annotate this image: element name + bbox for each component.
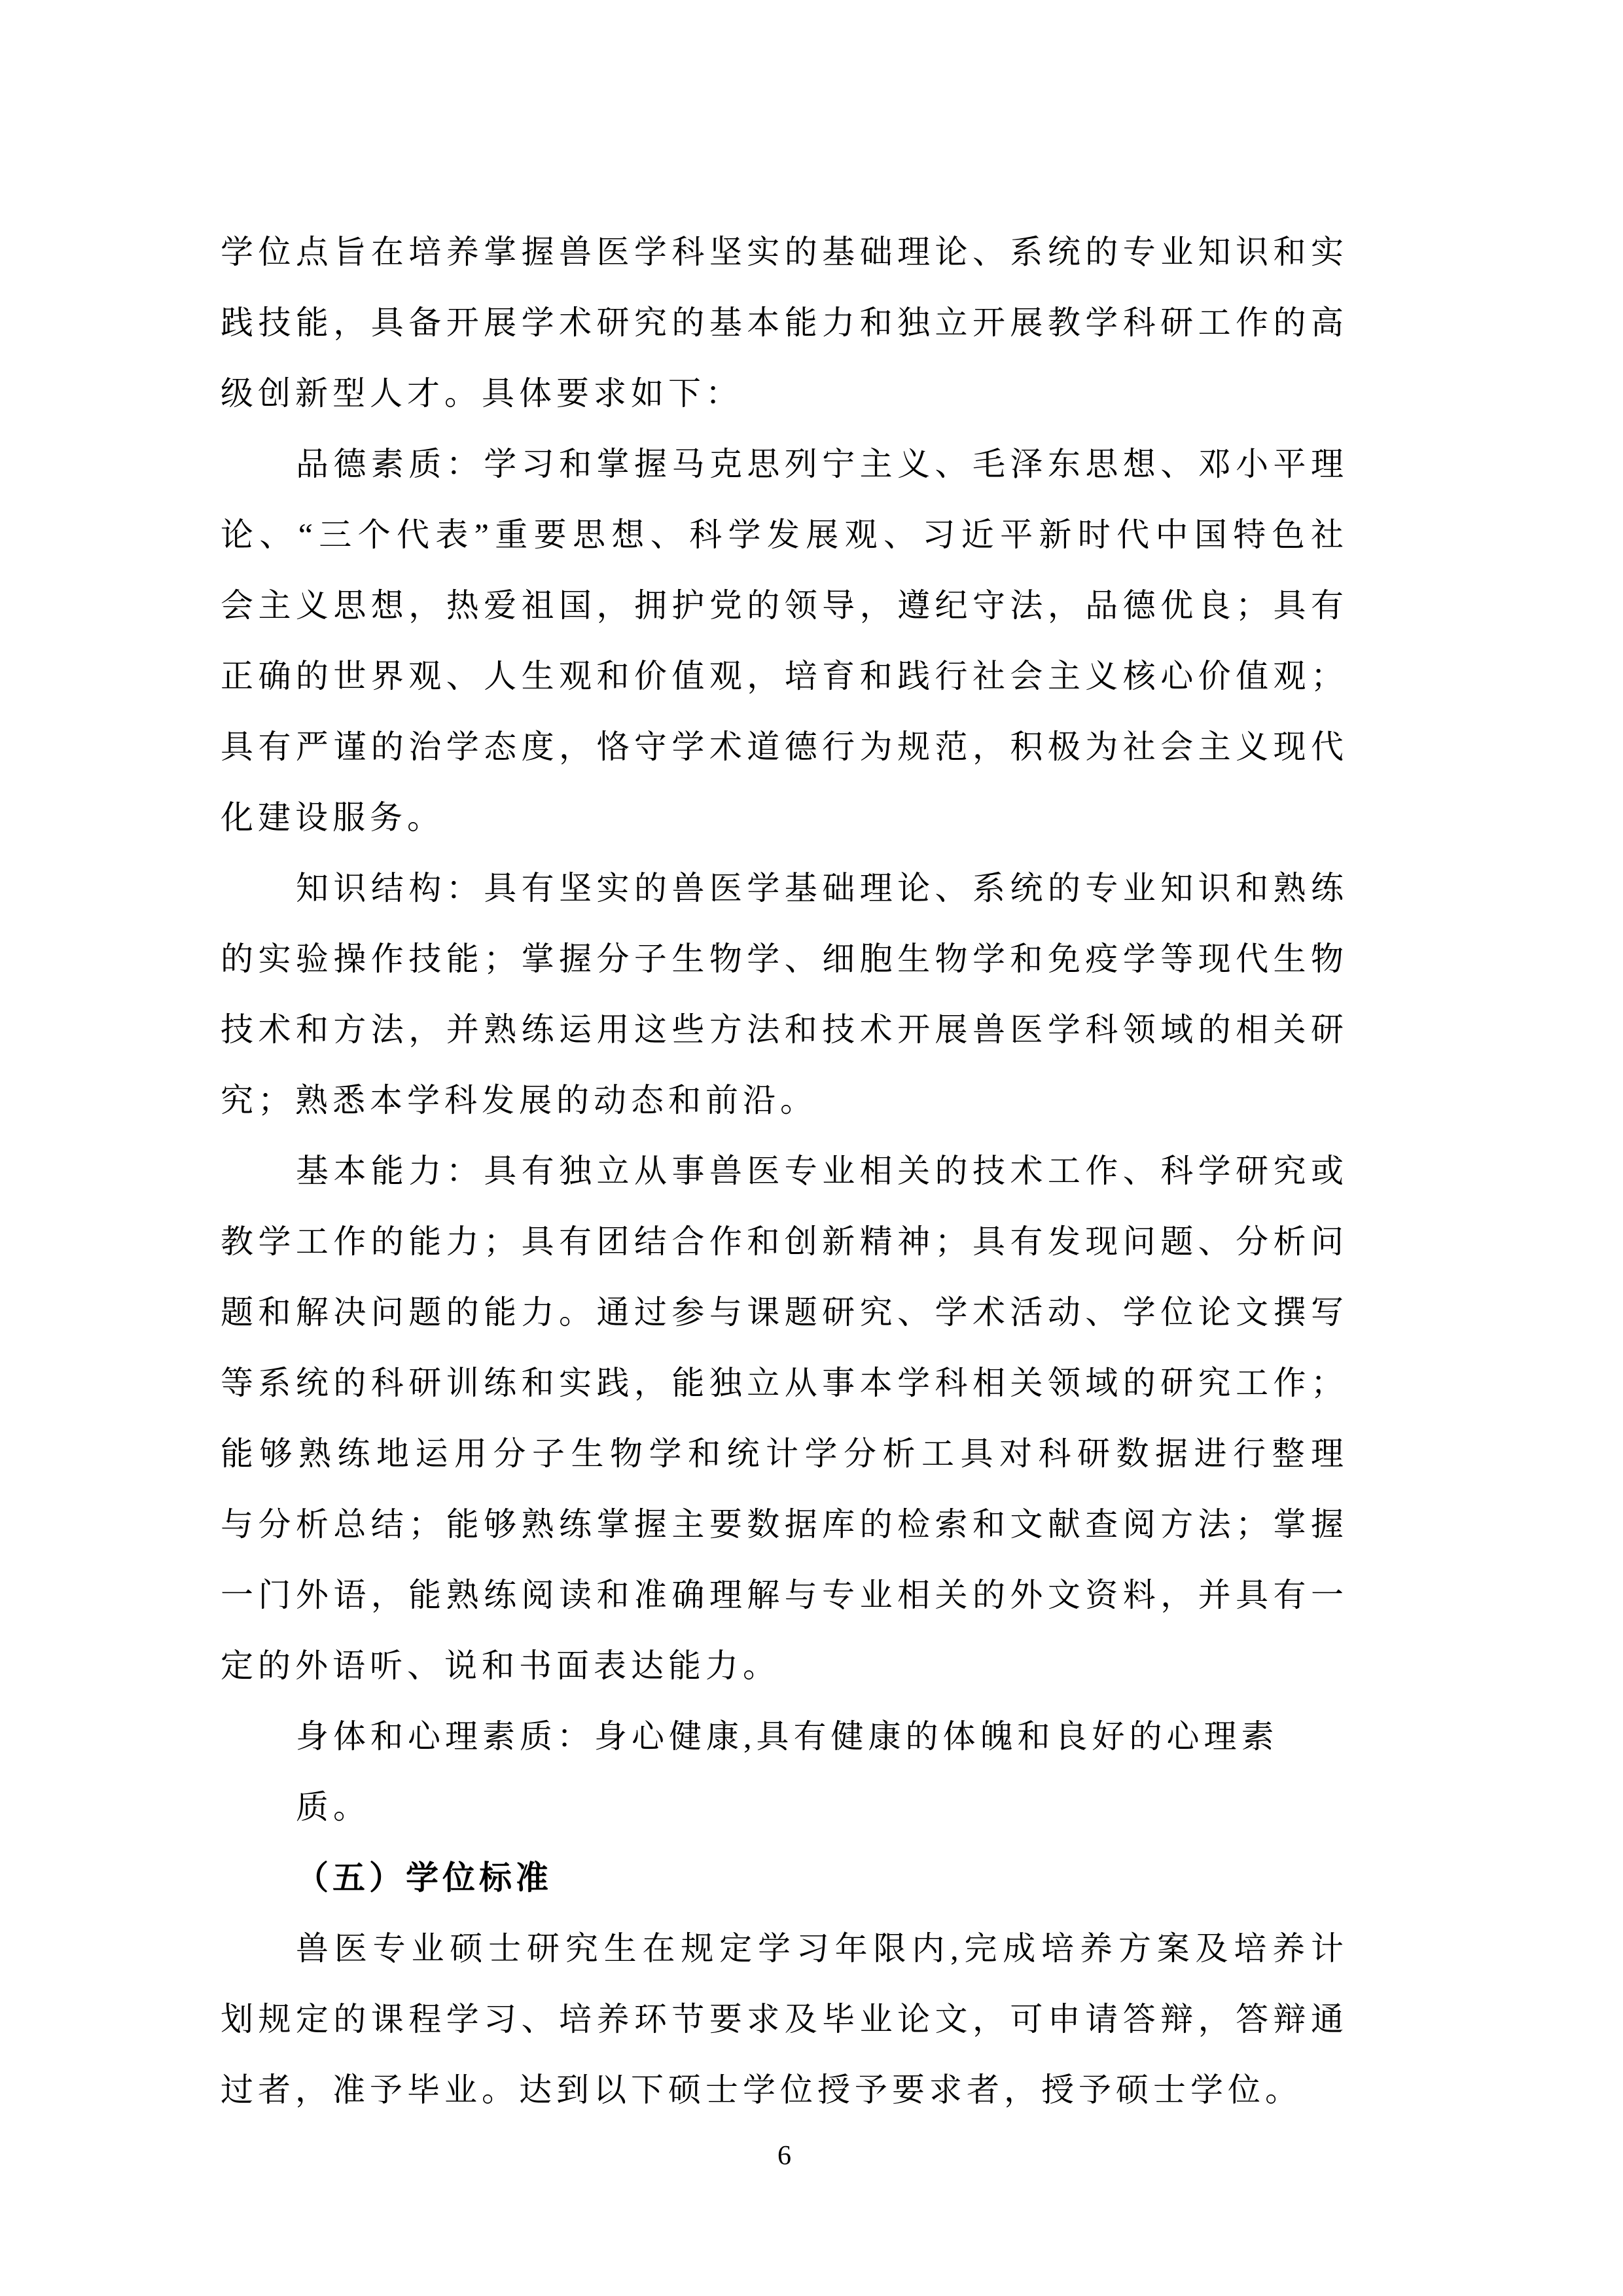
text-line: 正确的世界观、人生观和价值观，培育和践行社会主义核心价值观； — [221, 641, 1348, 711]
text-line: 学位点旨在培养掌握兽医学科坚实的基础理论、系统的专业知识和实 — [221, 217, 1348, 287]
text-line: 能够熟练地运用分子生物学和统计学分析工具对科研数据进行整理 — [221, 1418, 1348, 1489]
text-line: 定的外语听、说和书面表达能力。 — [221, 1630, 1348, 1701]
text-line: 践技能，具备开展学术研究的基本能力和独立开展教学科研工作的高 — [221, 287, 1348, 358]
text-line: 的实验操作技能；掌握分子生物学、细胞生物学和免疫学等现代生物 — [221, 924, 1348, 994]
page-footer: 6 — [221, 2142, 1348, 2170]
text-line: 会主义思想，热爱祖国，拥护党的领导，遵纪守法，品德优良；具有 — [221, 570, 1348, 641]
paragraph: 身体和心理素质：身心健康,具有健康的体魄和良好的心理素质。 — [221, 1701, 1348, 1842]
paragraph: 知识结构：具有坚实的兽医学基础理论、系统的专业知识和熟练的实验操作技能；掌握分子… — [221, 853, 1348, 1136]
text-line: 过者，准予毕业。达到以下硕士学位授予要求者，授予硕士学位。 — [221, 2054, 1348, 2125]
paragraph: 基本能力：具有独立从事兽医专业相关的技术工作、科学研究或教学工作的能力；具有团结… — [221, 1136, 1348, 1701]
text-block: 学位点旨在培养掌握兽医学科坚实的基础理论、系统的专业知识和实践技能，具备开展学术… — [221, 217, 1348, 2125]
text-line: 论、“三个代表”重要思想、科学发展观、习近平新时代中国特色社 — [221, 499, 1348, 570]
paragraph: 学位点旨在培养掌握兽医学科坚实的基础理论、系统的专业知识和实践技能，具备开展学术… — [221, 217, 1348, 429]
text-line: （五）学位标准 — [221, 1842, 1348, 1913]
text-line: 划规定的课程学习、培养环节要求及毕业论文，可申请答辩，答辩通 — [221, 1984, 1348, 2054]
text-line: 技术和方法，并熟练运用这些方法和技术开展兽医学科领域的相关研 — [221, 994, 1348, 1065]
text-line: 知识结构：具有坚实的兽医学基础理论、系统的专业知识和熟练 — [221, 853, 1348, 924]
text-line: 题和解决问题的能力。通过参与课题研究、学术活动、学位论文撰写 — [221, 1277, 1348, 1348]
section-heading: （五）学位标准 — [221, 1842, 1348, 1913]
paragraph: 兽医专业硕士研究生在规定学习年限内,完成培养方案及培养计划规定的课程学习、培养环… — [221, 1913, 1348, 2125]
text-line: 具有严谨的治学态度，恪守学术道德行为规范，积极为社会主义现代 — [221, 711, 1348, 782]
text-line: 级创新型人才。具体要求如下： — [221, 358, 1348, 429]
text-line: 究；熟悉本学科发展的动态和前沿。 — [221, 1065, 1348, 1136]
text-line: 与分析总结；能够熟练掌握主要数据库的检索和文献查阅方法；掌握 — [221, 1489, 1348, 1560]
page-number: 6 — [777, 2142, 791, 2170]
text-line: 一门外语，能熟练阅读和准确理解与专业相关的外文资料，并具有一 — [221, 1560, 1348, 1630]
document-page: 学位点旨在培养掌握兽医学科坚实的基础理论、系统的专业知识和实践技能，具备开展学术… — [0, 0, 1623, 2296]
text-line: 品德素质：学习和掌握马克思列宁主义、毛泽东思想、邓小平理 — [221, 429, 1348, 499]
paragraph: 品德素质：学习和掌握马克思列宁主义、毛泽东思想、邓小平理论、“三个代表”重要思想… — [221, 429, 1348, 853]
text-line: 等系统的科研训练和实践，能独立从事本学科相关领域的研究工作； — [221, 1348, 1348, 1418]
text-line: 基本能力：具有独立从事兽医专业相关的技术工作、科学研究或 — [221, 1136, 1348, 1206]
text-line: 兽医专业硕士研究生在规定学习年限内,完成培养方案及培养计 — [221, 1913, 1348, 1984]
text-line: 身体和心理素质：身心健康,具有健康的体魄和良好的心理素质。 — [221, 1701, 1348, 1842]
text-line: 化建设服务。 — [221, 782, 1348, 853]
text-line: 教学工作的能力；具有团结合作和创新精神；具有发现问题、分析问 — [221, 1206, 1348, 1277]
